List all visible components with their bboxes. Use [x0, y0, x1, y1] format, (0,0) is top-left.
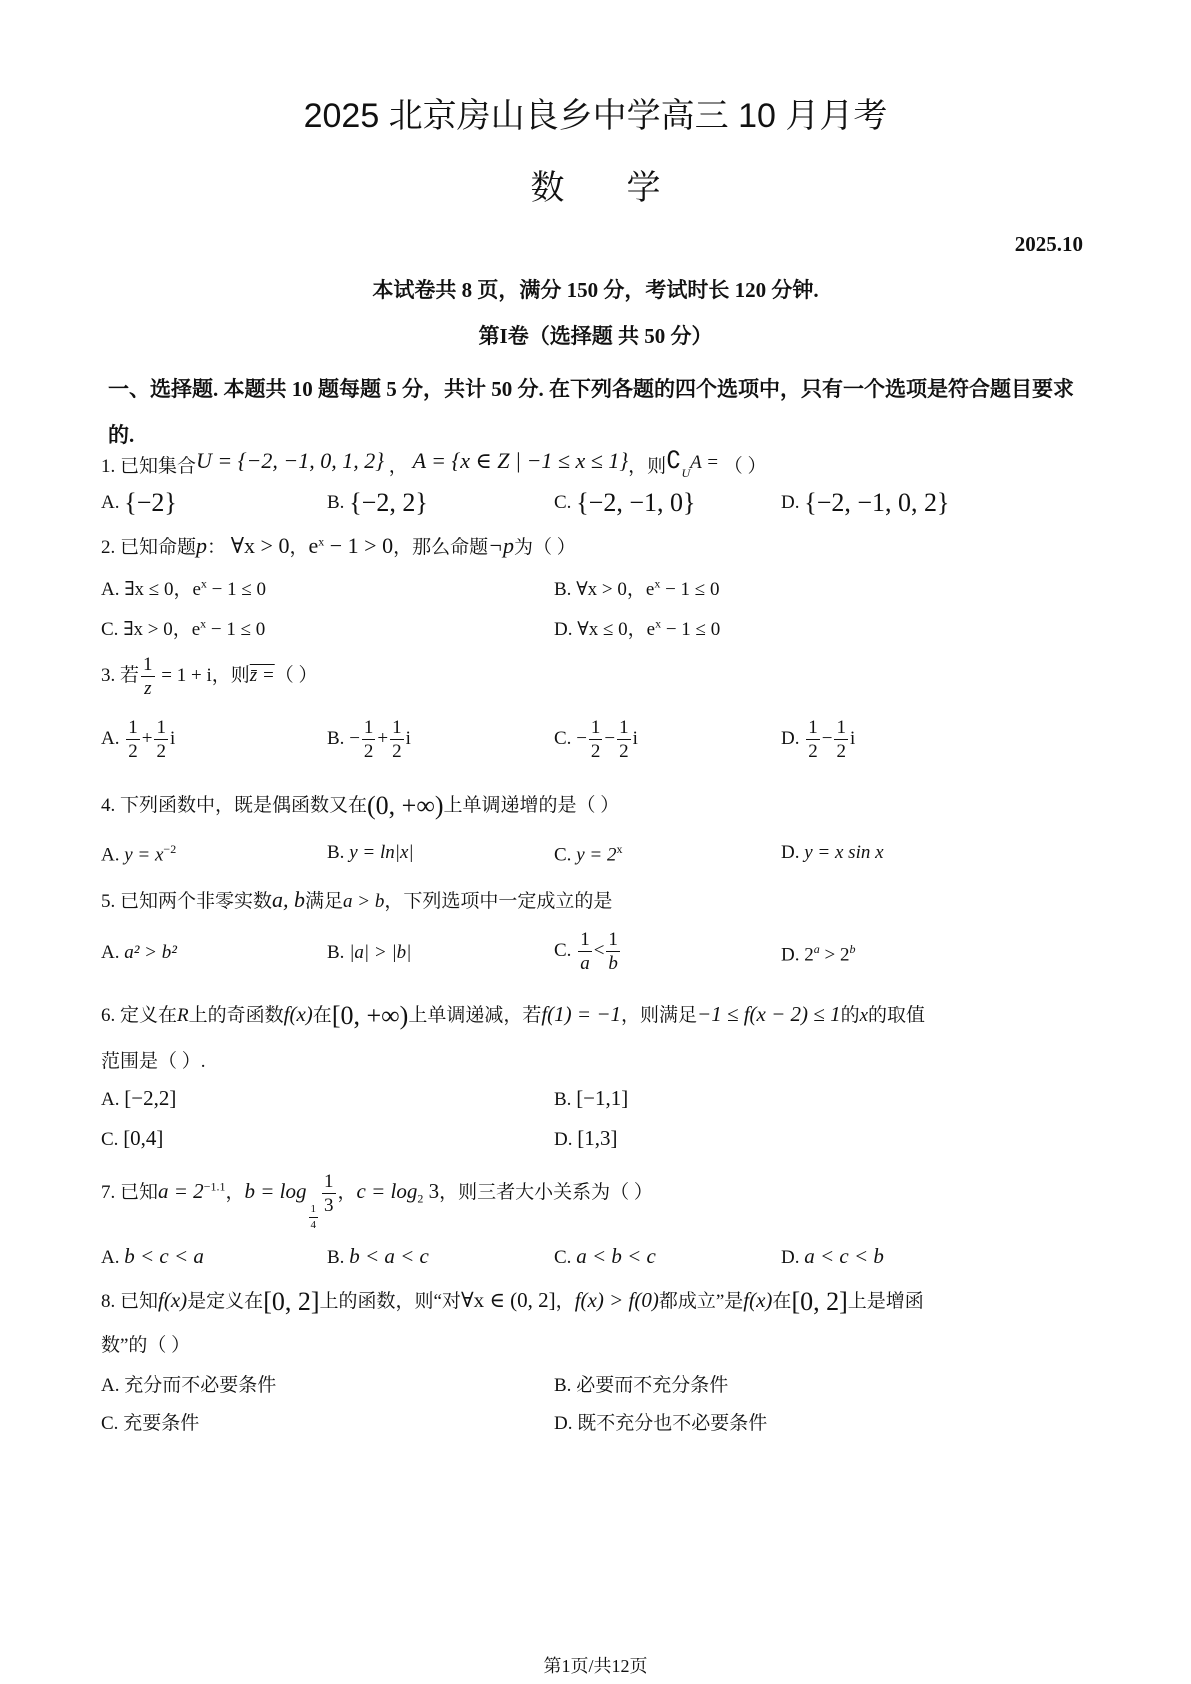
numerator: 1 [322, 1172, 336, 1194]
math-expr: a > b [343, 891, 384, 912]
stem-text: ， [338, 1182, 357, 1203]
numerator: 1 [589, 718, 603, 740]
denominator: 2 [619, 740, 629, 761]
operator: > [820, 944, 840, 965]
option-1c: C. {−2, −1, 0} [554, 488, 695, 518]
math-expr: − 1 > 0 [324, 533, 393, 558]
stem-text: 上的函数，则“对 [320, 1291, 461, 1312]
stem-text: 在 [772, 1291, 791, 1312]
math-superscript: b [849, 942, 855, 956]
stem-text: 已知集合 [120, 456, 196, 477]
answer-blank: （ ） [275, 665, 318, 686]
option-label: B. [327, 728, 344, 749]
option-label: A. [101, 728, 119, 749]
math-expr: U = {−2, −1, 0, 1, 2} [196, 448, 384, 473]
math-expr: b = log [244, 1179, 306, 1203]
option-label: A. [101, 1375, 119, 1396]
stem-text: 上单调递减，若 [408, 1005, 541, 1026]
question-4: 4. 下列函数中，既是偶函数又在(0, +∞)上单调递增的是（ ） [101, 790, 619, 821]
stem-text: ，则三者大小关系为（ ） [439, 1182, 653, 1203]
stem-text: 的取值 [868, 1005, 925, 1026]
option-1b: B. {−2, 2} [327, 488, 428, 518]
complement-symbol: ∁ [666, 448, 681, 474]
option-text: [−2,2] [124, 1086, 176, 1110]
option-text: − 1 ≤ 0 [660, 579, 719, 600]
math-base: 2 [804, 944, 814, 965]
question-6: 6. 定义在R上的奇函数f(x)在[0, +∞)上单调递减，若f(1) = −1… [101, 1000, 925, 1031]
option-label: C. [554, 1247, 571, 1268]
numerator: 1 [617, 718, 631, 740]
exam-info: 本试卷共 8 页，满分 150 分，考试时长 120 分钟. [0, 274, 1191, 304]
option-text: a < b < c [576, 1244, 656, 1268]
question-8-line2: 数”的（ ） [101, 1330, 190, 1357]
denominator: a [580, 952, 590, 973]
option-6d: D. [1,3] [554, 1126, 617, 1151]
option-label: B. [327, 942, 344, 963]
stem-text: 定义在 [120, 1005, 177, 1026]
option-8c: C. 充要条件 [101, 1408, 199, 1435]
option-text: 必要而不充分条件 [576, 1375, 728, 1396]
option-text: b < c < a [124, 1244, 204, 1268]
option-6b: B. [−1,1] [554, 1086, 628, 1111]
math-expr: f(x) [284, 1002, 313, 1026]
question-8: 8. 已知f(x)是定义在[0, 2]上的函数，则“对∀x ∈ (0, 2]，f… [101, 1286, 924, 1317]
stem-text: 下列函数中，既是偶函数又在 [120, 795, 367, 816]
stem-text: ， [289, 537, 308, 558]
denominator: 2 [156, 740, 166, 761]
math-interval: (0, +∞) [367, 791, 444, 820]
option-text: {−2, 2} [349, 488, 428, 517]
question-number: 7. [101, 1182, 115, 1203]
answer-blank: 为（ ） [514, 537, 576, 558]
option-label: D. [554, 1413, 572, 1434]
stem-text: 已知 [120, 1182, 158, 1203]
option-label: A. [101, 579, 119, 600]
option-label: A. [101, 942, 119, 963]
stem-text: 已知 [120, 1291, 158, 1312]
part-heading: 第I卷（选择题 共 50 分） [0, 320, 1191, 350]
option-label: C. [554, 940, 571, 961]
option-6c: C. [0,4] [101, 1126, 163, 1151]
stem-text: 都成立”是 [659, 1291, 743, 1312]
stem-text: 已知命题 [120, 537, 196, 558]
question-number: 3. [101, 665, 115, 686]
option-7b: B. b < a < c [327, 1244, 429, 1269]
option-text: ∀x > 0，e [576, 579, 654, 600]
option-text: 充分而不必要条件 [124, 1375, 276, 1396]
option-text: y = x sin x [804, 842, 883, 863]
option-2c: C. ∃x > 0，ex − 1 ≤ 0 [101, 614, 265, 641]
stem-text: 满足 [305, 891, 343, 912]
stem-text: ，则 [212, 665, 250, 686]
option-1a: A. {−2} [101, 488, 177, 518]
fraction: 12 [806, 718, 820, 761]
question-1: 1. 已知集合U = {−2, −1, 0, 1, 2} ， A = {x ∈ … [101, 446, 766, 481]
section-instructions: 一、选择题. 本题共 10 题每题 5 分，共计 50 分. 在下列各题的四个选… [108, 366, 1088, 458]
option-text: y = ln|x| [349, 842, 413, 863]
option-8a: A. 充分而不必要条件 [101, 1370, 276, 1397]
math-expr: f(x) [743, 1288, 772, 1312]
math-subscript: U [681, 466, 690, 480]
operator: < [594, 940, 605, 961]
option-text: ∀x ≤ 0，e [577, 619, 655, 640]
numerator: 1 [834, 718, 848, 740]
denominator: 3 [324, 1194, 334, 1215]
math-expr: z̄ = [250, 665, 275, 686]
option-4d: D. y = x sin x [781, 842, 884, 864]
option-label: C. [554, 492, 571, 513]
math-superscript: −1.1 [204, 1180, 226, 1194]
imag-unit: i [633, 728, 638, 749]
imag-unit: i [170, 728, 175, 749]
denominator: 2 [808, 740, 818, 761]
math-superscript: x [616, 842, 622, 856]
page-number: 第1页/共12页 [0, 1652, 1191, 1678]
option-label: B. [327, 842, 344, 863]
question-3: 3. 若1z = 1 + i，则z̄ =（ ） [101, 655, 317, 698]
math-expr: 3 [423, 1179, 439, 1203]
option-5b: B. |a| > |b| [327, 942, 411, 964]
stem-text: 上单调递增的是（ ） [444, 795, 620, 816]
imag-unit: i [850, 728, 855, 749]
option-label: D. [554, 1129, 572, 1150]
math-expr: f(x) [158, 1288, 187, 1312]
option-text: 既不充分也不必要条件 [577, 1413, 767, 1434]
question-number: 5. [101, 891, 115, 912]
question-number: 2. [101, 537, 115, 558]
denominator: b [608, 952, 618, 973]
option-label: D. [781, 842, 799, 863]
option-2d: D. ∀x ≤ 0，ex − 1 ≤ 0 [554, 614, 720, 641]
option-7a: A. b < c < a [101, 1244, 204, 1269]
imag-unit: i [406, 728, 411, 749]
math-expr: e [308, 533, 318, 558]
option-text: ∃x ≤ 0，e [124, 579, 201, 600]
math-expr: p [196, 533, 207, 558]
option-4b: B. y = ln|x| [327, 842, 414, 864]
option-text: 充要条件 [123, 1413, 199, 1434]
option-text: b < a < c [349, 1244, 429, 1268]
log-base-fraction: 14 [309, 1204, 319, 1231]
option-text: − 1 ≤ 0 [207, 579, 266, 600]
question-number: 4. [101, 795, 115, 816]
exam-date: 2025.10 [1015, 232, 1083, 257]
option-label: B. [327, 1247, 344, 1268]
option-6a: A. [−2,2] [101, 1086, 176, 1111]
math-expr: f(1) = −1 [541, 1002, 621, 1026]
numerator: 1 [606, 930, 620, 952]
operator: − [604, 728, 615, 749]
option-5d: D. 2a > 2b [781, 942, 855, 966]
option-text: a² > b² [124, 942, 177, 963]
numerator: 1 [154, 718, 168, 740]
question-number: 8. [101, 1291, 115, 1312]
fraction: 12 [126, 718, 140, 761]
math-expr: A = {x ∈ Z | −1 ≤ x ≤ 1} [413, 448, 629, 473]
stem-text: ，下列选项中一定成立的是 [384, 891, 612, 912]
fraction: 13 [322, 1172, 336, 1215]
denominator: 2 [591, 740, 601, 761]
fraction: 1a [578, 930, 592, 973]
stem-text: ， [389, 456, 408, 477]
answer-blank: （ ） [724, 456, 767, 477]
math-interval: [0, 2] [263, 1287, 319, 1316]
option-8b: B. 必要而不充分条件 [554, 1370, 728, 1397]
stem-text: ，则 [628, 456, 666, 477]
fraction: 12 [362, 718, 376, 761]
option-text: |a| > |b| [349, 942, 411, 963]
denominator: 2 [392, 740, 402, 761]
option-text: [1,3] [577, 1126, 617, 1150]
operator: + [142, 728, 153, 749]
option-text: [−1,1] [576, 1086, 628, 1110]
question-5: 5. 已知两个非零实数a, b满足a > b，下列选项中一定成立的是 [101, 886, 612, 913]
stem-text: 若 [120, 665, 139, 686]
denominator: z [144, 677, 151, 698]
stem-text: 已知两个非零实数 [120, 891, 272, 912]
option-text: {−2, −1, 0, 2} [804, 488, 949, 517]
subject-char: 数 [531, 160, 565, 209]
math-expr: a = 2 [158, 1179, 204, 1203]
option-3b: B. −12+12i [327, 718, 411, 761]
fraction: 12 [390, 718, 404, 761]
option-label: A. [101, 844, 119, 865]
math-expr: c = log [357, 1179, 418, 1203]
option-3a: A. 12+12i [101, 718, 175, 761]
stem-text: ，则满足 [621, 1005, 697, 1026]
option-text: a < c < b [804, 1244, 884, 1268]
numerator: 1 [578, 930, 592, 952]
math-expr: x [860, 1005, 868, 1026]
option-7d: D. a < c < b [781, 1244, 884, 1269]
math-expr: a, b [272, 887, 305, 912]
stem-text: ， [225, 1182, 244, 1203]
option-text: y = 2 [576, 844, 616, 865]
option-4c: C. y = 2x [554, 842, 622, 866]
math-expr: −1 ≤ f(x − 2) ≤ 1 [697, 1002, 841, 1026]
option-1d: D. {−2, −1, 0, 2} [781, 488, 950, 518]
fraction: 1z [141, 655, 155, 698]
question-6-line2: 范围是（ ）. [101, 1046, 206, 1073]
option-text: {−2, −1, 0} [576, 488, 695, 517]
question-7: 7. 已知a = 2−1.1，b = log1413，c = log2 3，则三… [101, 1172, 653, 1231]
denominator: 2 [364, 740, 374, 761]
option-label: A. [101, 1089, 119, 1110]
option-label: B. [554, 579, 571, 600]
math-expr: = 1 + i [157, 665, 212, 686]
question-2: 2. 已知命题p： ∀x > 0，ex − 1 > 0，那么命题¬p为（ ） [101, 532, 576, 559]
stem-text: 上的奇函数 [189, 1005, 284, 1026]
option-label: B. [554, 1089, 571, 1110]
option-label: C. [554, 844, 571, 865]
stem-text: 在 [313, 1005, 332, 1026]
stem-text: ， [556, 1291, 575, 1312]
math-expr: f(x) > f(0) [575, 1288, 659, 1312]
fraction: 12 [834, 718, 848, 761]
numerator: 1 [390, 718, 404, 740]
math-expr: R [177, 1005, 189, 1026]
fraction: 12 [154, 718, 168, 761]
option-label: B. [554, 1375, 571, 1396]
stem-text: 上是增函 [848, 1291, 924, 1312]
math-expr: ∀x ∈ (0, 2] [461, 1288, 556, 1312]
option-label: D. [781, 728, 799, 749]
question-number: 1. [101, 456, 115, 477]
option-label: A. [101, 492, 119, 513]
option-text: − 1 ≤ 0 [661, 619, 720, 640]
option-2a: A. ∃x ≤ 0，ex − 1 ≤ 0 [101, 574, 266, 601]
subject-char: 学 [627, 160, 661, 209]
option-text: ∃x > 0，e [123, 619, 200, 640]
option-3c: C. −12−12i [554, 718, 638, 761]
option-label: D. [781, 1247, 799, 1268]
option-5a: A. a² > b² [101, 942, 177, 964]
option-4a: A. y = x−2 [101, 842, 176, 866]
option-label: C. [101, 1413, 118, 1434]
exam-title: 2025 北京房山良乡中学高三 10 月月考 [0, 88, 1191, 137]
denominator: 4 [311, 1218, 317, 1231]
sign: − [349, 728, 360, 749]
fraction: 1b [606, 930, 620, 973]
denominator: 2 [836, 740, 846, 761]
math-superscript: −2 [163, 842, 176, 856]
option-label: C. [101, 1129, 118, 1150]
operator: + [377, 728, 388, 749]
stem-text: 是定义在 [187, 1291, 263, 1312]
stem-text: ，那么命题 [393, 537, 488, 558]
option-text: − 1 ≤ 0 [206, 619, 265, 640]
option-label: D. [554, 619, 572, 640]
math-expr: ∀x > 0 [231, 533, 290, 558]
numerator: 1 [126, 718, 140, 740]
fraction: 12 [617, 718, 631, 761]
option-8d: D. 既不充分也不必要条件 [554, 1408, 767, 1435]
option-label: D. [781, 944, 799, 965]
subject-title: 数学 [0, 160, 1191, 209]
question-number: 6. [101, 1005, 115, 1026]
option-3d: D. 12−12i [781, 718, 855, 761]
fraction: 12 [589, 718, 603, 761]
option-7c: C. a < b < c [554, 1244, 656, 1269]
stem-text: 的 [841, 1005, 860, 1026]
numerator: 1 [362, 718, 376, 740]
option-label: C. [101, 619, 118, 640]
operator: − [822, 728, 833, 749]
sign: − [576, 728, 587, 749]
math-interval: [0, 2] [791, 1287, 847, 1316]
math-interval: [0, +∞) [332, 1001, 409, 1030]
option-text: {−2} [124, 488, 177, 517]
option-label: A. [101, 1247, 119, 1268]
numerator: 1 [806, 718, 820, 740]
math-expr: ¬p [488, 533, 514, 558]
stem-text: ： [207, 537, 226, 558]
numerator: 1 [141, 655, 155, 677]
option-5c: C. 1a<1b [554, 930, 622, 973]
option-text: y = x [124, 844, 163, 865]
numerator: 1 [309, 1204, 319, 1218]
option-label: D. [781, 492, 799, 513]
denominator: 2 [128, 740, 138, 761]
option-text: [0,4] [123, 1126, 163, 1150]
option-2b: B. ∀x > 0，ex − 1 ≤ 0 [554, 574, 719, 601]
option-label: C. [554, 728, 571, 749]
option-label: B. [327, 492, 344, 513]
math-expr: A = [690, 452, 719, 473]
